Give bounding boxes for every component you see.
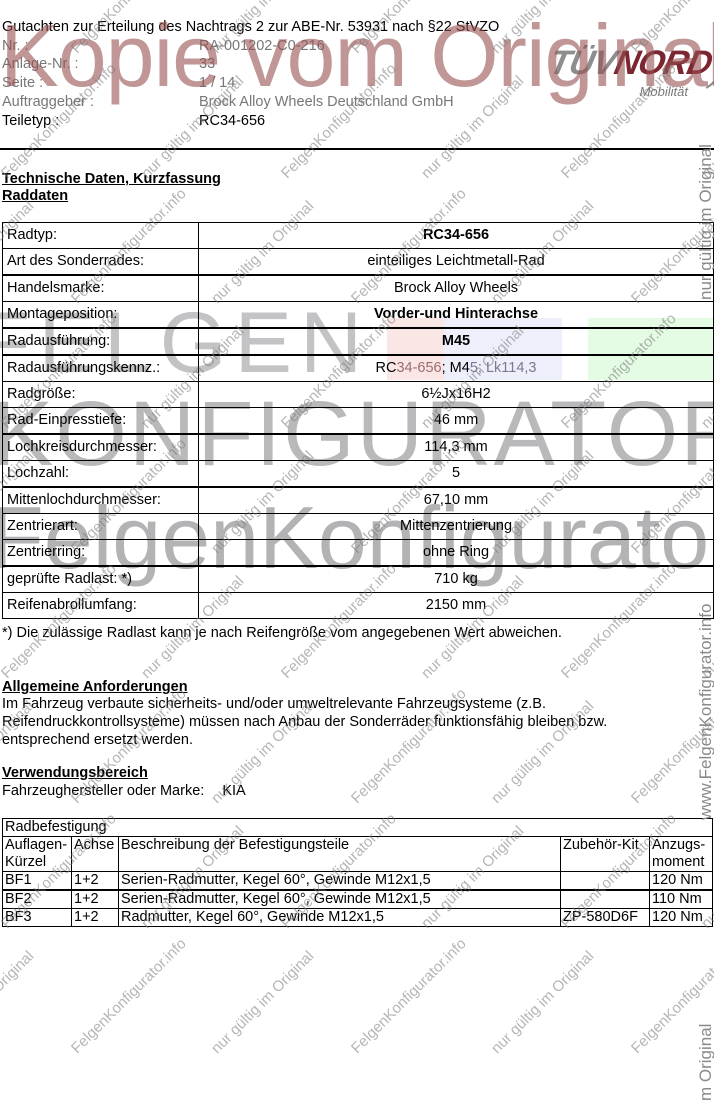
section-title-raddaten: Raddaten: [2, 187, 68, 205]
table-row: Radausführungskennz.: RC34-656; M45; Lk1…: [3, 355, 714, 382]
row-label: Radausführung:: [3, 328, 199, 355]
row-value: 710 kg: [199, 566, 714, 593]
section-title-technische-daten: Technische Daten, Kurzfassung: [2, 170, 221, 188]
row-label: Handelsmarke:: [3, 275, 199, 302]
header-label: Nr. :: [2, 37, 29, 55]
header-label: Seite :: [2, 74, 43, 92]
verwendung-value: KIA: [222, 783, 245, 799]
table-header-row: Auflagen-Kürzel Achse Beschreibung der B…: [3, 837, 713, 872]
table-title-row: Radbefestigung: [3, 819, 713, 837]
watermark-vertical-bottom: m Original: [696, 1024, 714, 1101]
cell: [561, 872, 650, 891]
row-label: Art des Sonderrades:: [3, 249, 199, 276]
row-label: Reifenabrollumfang:: [3, 593, 199, 619]
row-label: Zentrierart:: [3, 514, 199, 540]
row-value: Mittenzentrierung: [199, 514, 714, 540]
table-row: BF2 1+2 Serien-Radmutter, Kegel 60°, Gew…: [3, 890, 713, 909]
row-value: ohne Ring: [199, 540, 714, 567]
row-label: Radtyp:: [3, 223, 199, 249]
table-title: Radbefestigung: [3, 819, 713, 837]
cell: 1+2: [72, 872, 119, 891]
row-label: Mittenlochdurchmesser:: [3, 487, 199, 514]
row-value: Brock Alloy Wheels: [199, 275, 714, 302]
cell: BF1: [3, 872, 72, 891]
cell: BF3: [3, 909, 72, 927]
cell: Radmutter, Kegel 60°, Gewinde M12x1,5: [119, 909, 561, 927]
header-value: Brock Alloy Wheels Deutschland GmbH: [199, 93, 454, 111]
row-value: M45: [199, 328, 714, 355]
watermark-diagonal: nur gültig im Original: [0, 948, 37, 1057]
kennz-part: RC: [376, 360, 397, 376]
row-value: 2150 mm: [199, 593, 714, 619]
cell: 110 Nm: [650, 890, 713, 909]
row-value: 67,10 mm: [199, 487, 714, 514]
radbefestigung-table: Radbefestigung Auflagen-Kürzel Achse Bes…: [2, 818, 713, 927]
cell: ZP-580D6F: [561, 909, 650, 927]
section-title-verwendung: Verwendungsbereich: [2, 764, 148, 782]
row-label: geprüfte Radlast: *): [3, 566, 199, 593]
table-row: Mittenlochdurchmesser: 67,10 mm: [3, 487, 714, 514]
watermark-vertical-mid: www.FelgenKonfigurator.info: [696, 604, 714, 820]
section-title-allgemein: Allgemeine Anforderungen: [2, 678, 188, 696]
row-label: Lochzahl:: [3, 461, 199, 488]
header-label: Teiletyp :: [2, 112, 59, 130]
table-row: Montageposition: Vorder-und Hinterachse: [3, 302, 714, 329]
cell: Serien-Radmutter, Kegel 60°, Gewinde M12…: [119, 872, 561, 891]
kennz-part: ; M4: [442, 360, 470, 376]
kennz-part: 5; Lk114,3: [470, 360, 537, 376]
cell: 120 Nm: [650, 909, 713, 927]
header-value: 33: [199, 55, 215, 73]
table-row: Lochzahl: 5: [3, 461, 714, 488]
table-row: BF1 1+2 Serien-Radmutter, Kegel 60°, Gew…: [3, 872, 713, 891]
row-value: RC34-656; M45; Lk114,3: [199, 355, 714, 382]
row-value: 46 mm: [199, 408, 714, 435]
table-row: Rad-Einpresstiefe: 46 mm: [3, 408, 714, 435]
watermark-diagonal: nur gültig im Original: [208, 948, 317, 1057]
row-value: Vorder-und Hinterachse: [199, 302, 714, 329]
cell: [561, 890, 650, 909]
kennz-part: 34-656: [396, 360, 441, 376]
table-row: BF3 1+2 Radmutter, Kegel 60°, Gewinde M1…: [3, 909, 713, 927]
cell: BF2: [3, 890, 72, 909]
table-row: Radausführung: M45: [3, 328, 714, 355]
watermark-diagonal: FelgenKonfigurator.info: [628, 935, 714, 1057]
logo-subtitle: Mobilität: [640, 84, 688, 99]
row-value: einteiliges Leichtmetall-Rad: [199, 249, 714, 276]
report-title-text: Gutachten zur Erteilung des Nachtrags 2 …: [2, 19, 499, 35]
header-field-auftraggeber: Auftraggeber : Brock Alloy Wheels Deutsc…: [2, 93, 522, 111]
cell: 1+2: [72, 890, 119, 909]
allgemein-text: Im Fahrzeug verbaute sicherheits- und/od…: [2, 695, 662, 749]
header-value: RA-001202-C0-216: [199, 37, 325, 55]
cell: 1+2: [72, 909, 119, 927]
header-field-nr: Nr. : RA-001202-C0-216: [2, 37, 522, 55]
verwendung-label: Fahrzeughersteller oder Marke:: [2, 783, 204, 799]
col-header: Auflagen-Kürzel: [3, 837, 72, 872]
row-label: Montageposition:: [3, 302, 199, 329]
header-field-anlage: Anlage-Nr. : 33: [2, 55, 522, 73]
tuv-nord-logo: TÜVNORD Mobilität: [550, 44, 700, 104]
header-value: RC34-656: [199, 112, 265, 130]
table-row: Art des Sonderrades: einteiliges Leichtm…: [3, 249, 714, 276]
header-label: Auftraggeber :: [2, 93, 94, 111]
logo-word-b: NORD: [611, 44, 714, 82]
table-row: geprüfte Radlast: *) 710 kg: [3, 566, 714, 593]
table-row: Radtyp: RC34-656: [3, 223, 714, 249]
header-field-seite: Seite : 1 / 14: [2, 74, 522, 92]
logo-wordmark: TÜVNORD: [546, 44, 714, 83]
header-rule: [0, 148, 714, 150]
row-value: 114,3 mm: [199, 434, 714, 461]
row-label: Zentrierring:: [3, 540, 199, 567]
row-value: 6½Jx16H2: [199, 382, 714, 408]
watermark-diagonal: FelgenKonfigurator.info: [68, 935, 190, 1057]
row-value: RC34-656: [199, 223, 714, 249]
header-field-teiletyp: Teiletyp : RC34-656: [2, 112, 522, 130]
cell: Serien-Radmutter, Kegel 60°, Gewinde M12…: [119, 890, 561, 909]
watermark-diagonal: FelgenKonfigurator.info: [348, 935, 470, 1057]
row-label: Radgröße:: [3, 382, 199, 408]
row-label: Lochkreisdurchmesser:: [3, 434, 199, 461]
logo-word-a: TÜV: [546, 44, 619, 82]
header-label: Anlage-Nr. :: [2, 55, 79, 73]
row-label: Radausführungskennz.:: [3, 355, 199, 382]
col-header: Anzugs-moment: [650, 837, 713, 872]
row-label: Rad-Einpresstiefe:: [3, 408, 199, 435]
raddaten-table: Radtyp: RC34-656 Art des Sonderrades: ei…: [2, 222, 714, 619]
table-row: Handelsmarke: Brock Alloy Wheels: [3, 275, 714, 302]
cell: 120 Nm: [650, 872, 713, 891]
row-value: 5: [199, 461, 714, 488]
radlast-footnote: *) Die zulässige Radlast kann je nach Re…: [2, 624, 562, 642]
table-row: Lochkreisdurchmesser: 114,3 mm: [3, 434, 714, 461]
col-header: Beschreibung der Befestigungsteile: [119, 837, 561, 872]
watermark-diagonal: nur gültig im Original: [488, 948, 597, 1057]
table-row: Reifenabrollumfang: 2150 mm: [3, 593, 714, 619]
table-row: Zentrierring: ohne Ring: [3, 540, 714, 567]
verwendung-row: Fahrzeughersteller oder Marke: KIA: [2, 782, 246, 800]
table-row: Radgröße: 6½Jx16H2: [3, 382, 714, 408]
col-header: Zubehör-Kit: [561, 837, 650, 872]
report-title: Gutachten zur Erteilung des Nachtrags 2 …: [2, 18, 499, 36]
table-row: Zentrierart: Mittenzentrierung: [3, 514, 714, 540]
header-value: 1 / 14: [199, 74, 235, 92]
col-header: Achse: [72, 837, 119, 872]
